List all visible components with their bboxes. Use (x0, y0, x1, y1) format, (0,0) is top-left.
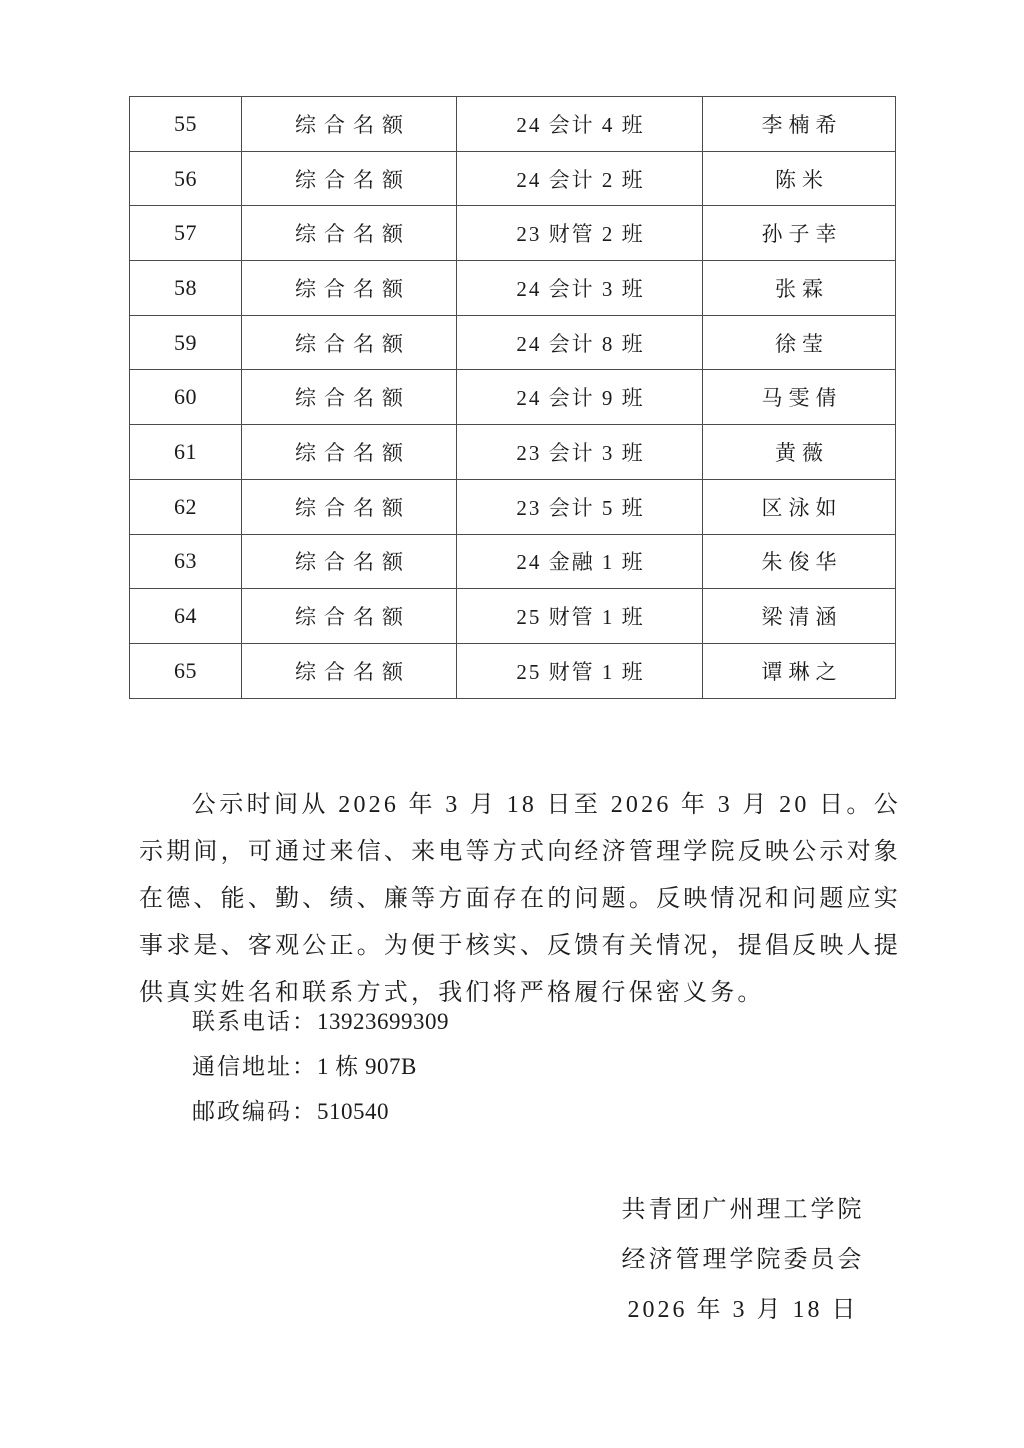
quota-type-cell: 综合名额 (242, 315, 457, 370)
signature-org-line-2: 经济管理学院委员会 (598, 1235, 888, 1285)
student-name-cell: 陈米 (703, 151, 896, 206)
student-name-cell: 孙子幸 (703, 206, 896, 261)
quota-type-cell: 综合名额 (242, 370, 457, 425)
row-number-cell: 59 (130, 315, 242, 370)
contact-address-line: 通信地址：1 栋 907B (192, 1044, 449, 1089)
row-number-cell: 58 (130, 261, 242, 316)
table-row: 57 综合名额 23 财管 2 班 孙子幸 (130, 206, 896, 261)
class-cell: 24 会计 2 班 (457, 151, 703, 206)
student-name-cell: 谭琳之 (703, 643, 896, 698)
student-name-cell: 李楠希 (703, 97, 896, 152)
student-name-cell: 马雯倩 (703, 370, 896, 425)
row-number-cell: 64 (130, 589, 242, 644)
class-cell: 25 财管 1 班 (457, 643, 703, 698)
class-cell: 24 会计 3 班 (457, 261, 703, 316)
student-name-cell: 区泳如 (703, 479, 896, 534)
row-number-cell: 61 (130, 425, 242, 480)
class-cell: 25 财管 1 班 (457, 589, 703, 644)
quota-type-cell: 综合名额 (242, 206, 457, 261)
table-row: 60 综合名额 24 会计 9 班 马雯倩 (130, 370, 896, 425)
class-cell: 23 会计 3 班 (457, 425, 703, 480)
contact-phone-line: 联系电话：13923699309 (192, 999, 449, 1044)
contact-address-label: 通信地址： (192, 1054, 317, 1079)
row-number-cell: 62 (130, 479, 242, 534)
table-row: 55 综合名额 24 会计 4 班 李楠希 (130, 97, 896, 152)
table-row: 58 综合名额 24 会计 3 班 张霖 (130, 261, 896, 316)
quota-type-cell: 综合名额 (242, 589, 457, 644)
contact-postcode-line: 邮政编码：510540 (192, 1089, 449, 1134)
quota-type-cell: 综合名额 (242, 643, 457, 698)
table-row: 65 综合名额 25 财管 1 班 谭琳之 (130, 643, 896, 698)
table-row: 56 综合名额 24 会计 2 班 陈米 (130, 151, 896, 206)
class-cell: 23 会计 5 班 (457, 479, 703, 534)
table-row: 64 综合名额 25 财管 1 班 梁清涵 (130, 589, 896, 644)
class-cell: 24 会计 4 班 (457, 97, 703, 152)
contact-postcode-value: 510540 (317, 1099, 389, 1124)
quota-type-cell: 综合名额 (242, 534, 457, 589)
quota-type-cell: 综合名额 (242, 97, 457, 152)
contact-address-value: 1 栋 907B (317, 1054, 417, 1079)
student-name-cell: 梁清涵 (703, 589, 896, 644)
row-number-cell: 55 (130, 97, 242, 152)
student-name-cell: 徐莹 (703, 315, 896, 370)
student-name-cell: 黄薇 (703, 425, 896, 480)
class-cell: 23 财管 2 班 (457, 206, 703, 261)
quota-type-cell: 综合名额 (242, 261, 457, 316)
class-cell: 24 金融 1 班 (457, 534, 703, 589)
class-cell: 24 会计 9 班 (457, 370, 703, 425)
row-number-cell: 60 (130, 370, 242, 425)
announcement-roster-table: 55 综合名额 24 会计 4 班 李楠希 56 综合名额 24 会计 2 班 … (129, 96, 896, 699)
signature-org-line-1: 共青团广州理工学院 (598, 1185, 888, 1235)
row-number-cell: 56 (130, 151, 242, 206)
table-row: 63 综合名额 24 金融 1 班 朱俊华 (130, 534, 896, 589)
row-number-cell: 57 (130, 206, 242, 261)
quota-type-cell: 综合名额 (242, 479, 457, 534)
contact-postcode-label: 邮政编码： (192, 1099, 317, 1124)
contact-phone-value: 13923699309 (317, 1009, 449, 1034)
document-page: 55 综合名额 24 会计 4 班 李楠希 56 综合名额 24 会计 2 班 … (0, 0, 1024, 1448)
signature-date: 2026 年 3 月 18 日 (598, 1285, 888, 1335)
table-row: 61 综合名额 23 会计 3 班 黄薇 (130, 425, 896, 480)
table-row: 62 综合名额 23 会计 5 班 区泳如 (130, 479, 896, 534)
quota-type-cell: 综合名额 (242, 425, 457, 480)
row-number-cell: 65 (130, 643, 242, 698)
table-row: 59 综合名额 24 会计 8 班 徐莹 (130, 315, 896, 370)
contact-phone-label: 联系电话： (192, 1009, 317, 1034)
class-cell: 24 会计 8 班 (457, 315, 703, 370)
public-notice-paragraph: 公示时间从 2026 年 3 月 18 日至 2026 年 3 月 20 日。公… (139, 782, 901, 1017)
quota-type-cell: 综合名额 (242, 151, 457, 206)
signature-block: 共青团广州理工学院 经济管理学院委员会 2026 年 3 月 18 日 (598, 1185, 888, 1335)
contact-block: 联系电话：13923699309 通信地址：1 栋 907B 邮政编码：5105… (192, 999, 449, 1134)
student-name-cell: 朱俊华 (703, 534, 896, 589)
student-name-cell: 张霖 (703, 261, 896, 316)
row-number-cell: 63 (130, 534, 242, 589)
